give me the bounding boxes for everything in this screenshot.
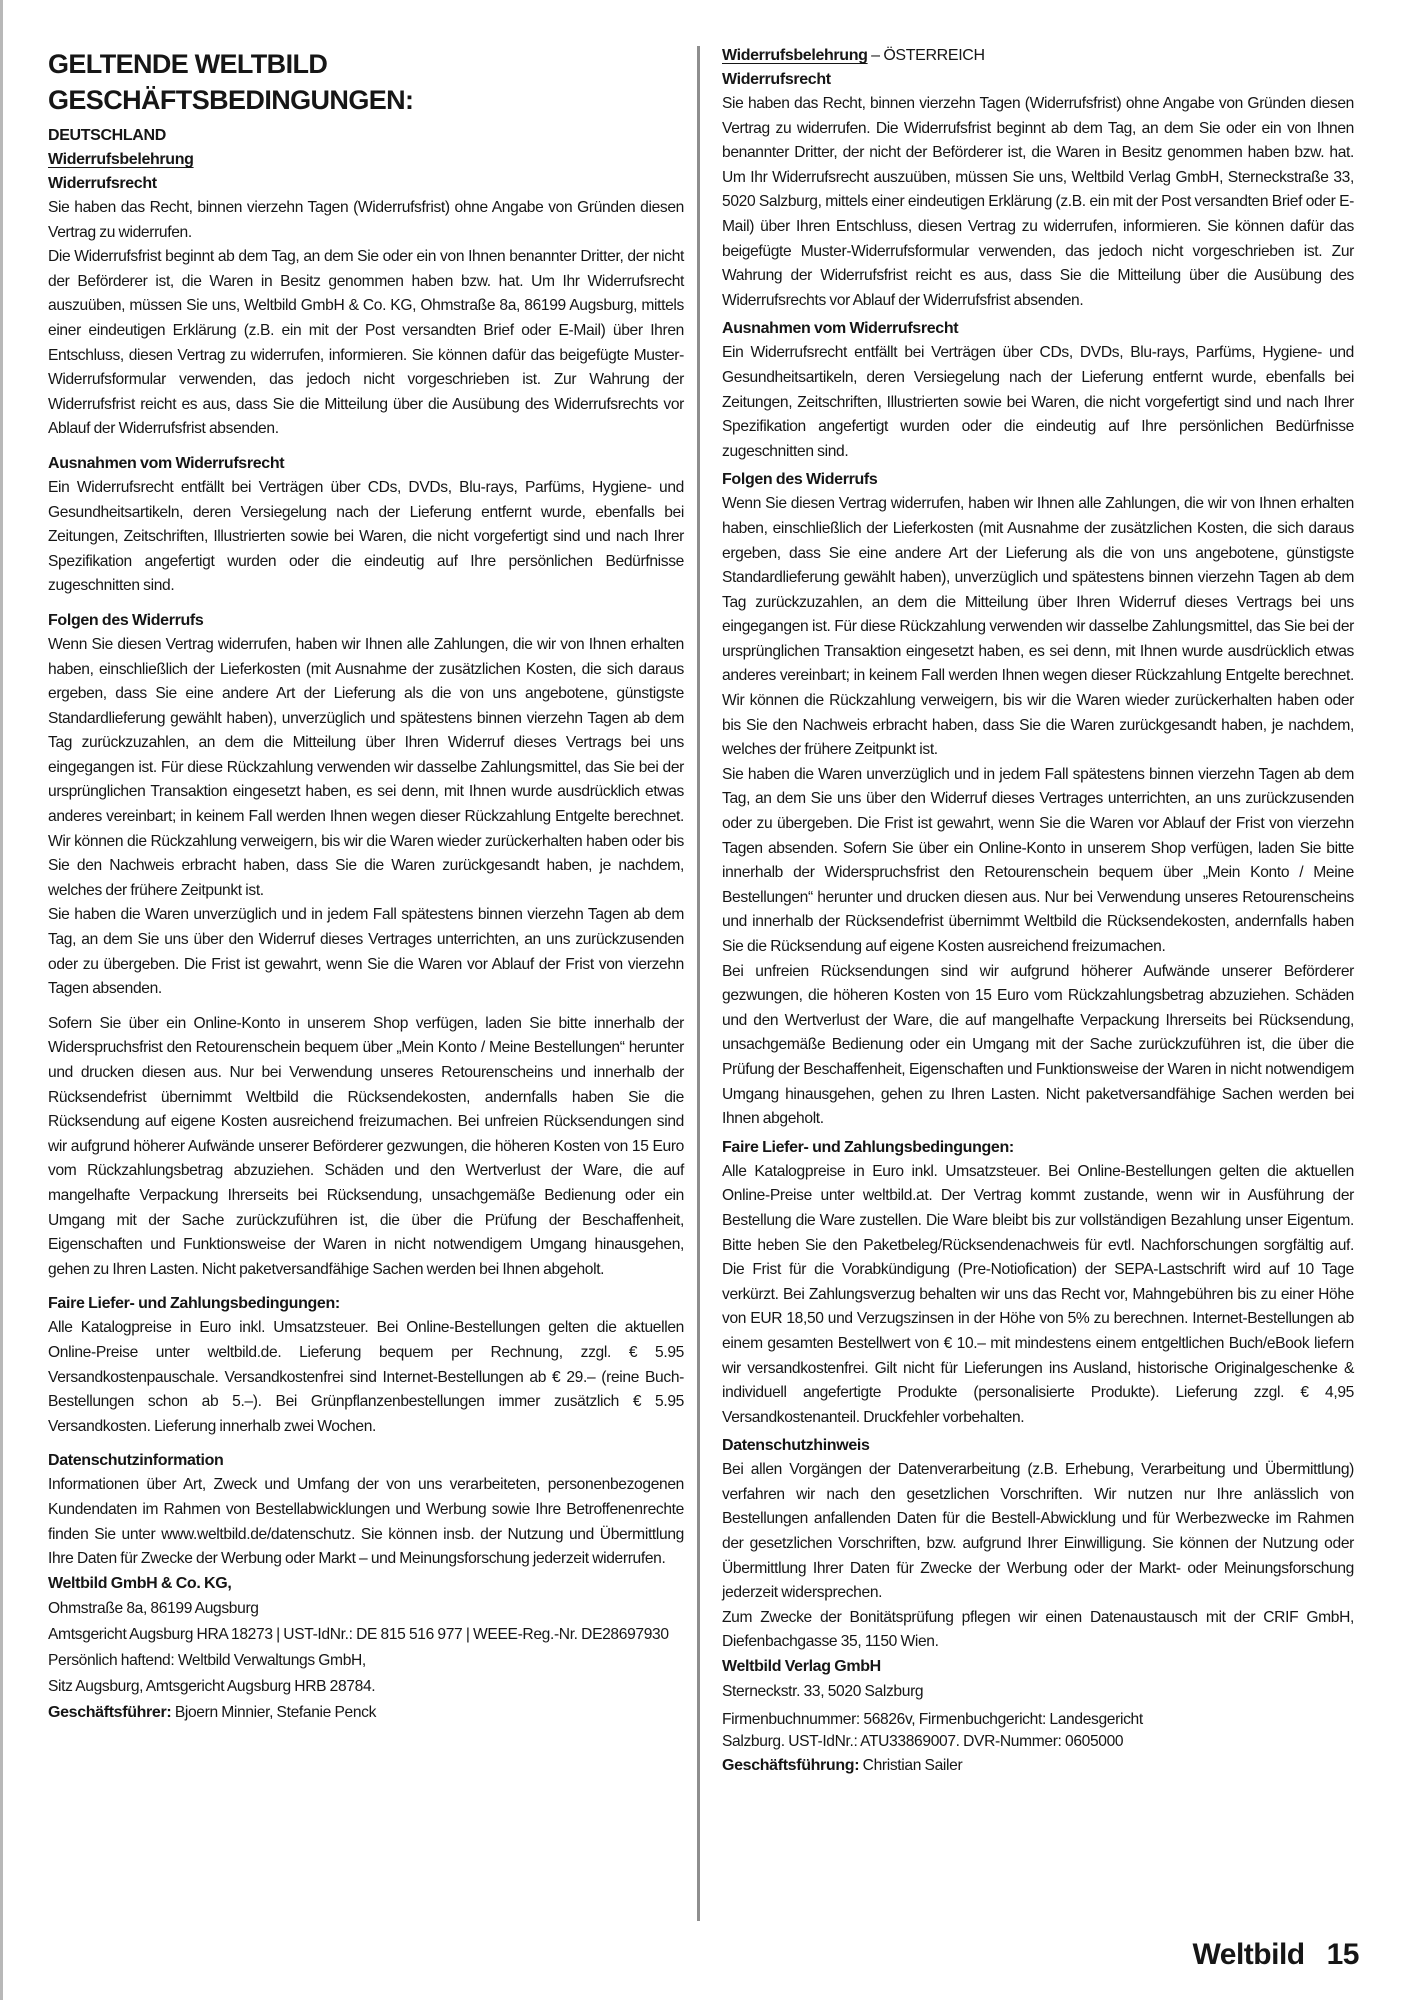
widerrufsrecht-heading: Widerrufsrecht [48,172,684,196]
page-left-edge [0,0,3,2000]
company-address: Sterneckstr. 33, 5020 Salzburg [722,1679,1354,1705]
lieferbedingungen-heading: Faire Liefer- und Zahlungsbedingungen: [722,1136,1354,1160]
management-label: Geschäftsführung: [722,1757,859,1774]
company-name: Weltbild Verlag GmbH [722,1655,1354,1679]
footer-brand: Weltbild [1193,1938,1305,1971]
folgen-heading: Folgen des Widerrufs [722,468,1354,492]
widerrufsbelehrung-heading: Widerrufsbelehrung [48,148,684,172]
datenschutz-paragraph: Informationen über Art, Zweck und Umfang… [48,1473,684,1571]
ausnahmen-paragraph: Ein Widerrufsrecht entfällt bei Verträge… [722,341,1354,464]
company-name: Weltbild GmbH & Co. KG, [48,1572,684,1596]
folgen-paragraph: Wenn Sie diesen Vertrag widerrufen, habe… [48,633,684,904]
column-divider [697,46,700,1921]
country-heading-germany: DEUTSCHLAND [48,124,684,148]
management-names: Christian Sailer [863,1757,963,1774]
folgen-paragraph: Sie haben die Waren unverzüglich und in … [722,763,1354,960]
widerrufsrecht-heading: Widerrufsrecht [722,68,1354,92]
lieferbedingungen-heading: Faire Liefer- und Zahlungsbedingungen: [48,1292,684,1316]
ausnahmen-heading: Ausnahmen vom Widerrufsrecht [722,317,1354,341]
bonitaet-paragraph: Zum Zwecke der Bonitätsprüfung pflegen w… [722,1606,1354,1655]
company-liable-partner: Persönlich haftend: Weltbild Verwaltungs… [48,1648,684,1674]
ruecksendung-paragraph: Sofern Sie über ein Online-Konto in unse… [48,1012,684,1283]
page-number: 15 [1327,1938,1359,1971]
folgen-paragraph: Bei unfreien Rücksendungen sind wir aufg… [722,960,1354,1132]
company-seat: Sitz Augsburg, Amtsgericht Augsburg HRB … [48,1674,684,1700]
page-footer: Weltbild15 [1193,1938,1359,1972]
page-title: GELTENDE WELTBILD GESCHÄFTSBEDINGUNGEN: [48,46,684,118]
folgen-heading: Folgen des Widerrufs [48,609,684,633]
management-label: Geschäftsführer: [48,1704,171,1721]
widerrufsrecht-paragraph: Sie haben das Recht, binnen vierzehn Tag… [48,196,684,245]
lieferbedingungen-paragraph: Alle Katalogpreise in Euro inkl. Umsatzs… [48,1316,684,1439]
column-germany: GELTENDE WELTBILD GESCHÄFTSBEDINGUNGEN: … [48,44,684,1726]
company-management: Geschäftsführer: Bjoern Minnier, Stefani… [48,1700,684,1726]
company-register-line-1: Firmenbuchnummer: 56826v, Firmenbuchgeri… [722,1709,1354,1731]
company-management: Geschäftsführung: Christian Sailer [722,1753,1354,1779]
folgen-paragraph: Sie haben die Waren unverzüglich und in … [48,903,684,1001]
widerrufsbelehrung-austria-heading: Widerrufsbelehrung – ÖSTERREICH [722,44,1354,68]
company-address: Ohmstraße 8a, 86199 Augsburg [48,1596,684,1622]
ausnahmen-paragraph: Ein Widerrufsrecht entfällt bei Verträge… [48,476,684,599]
datenschutz-heading: Datenschutzinformation [48,1449,684,1473]
widerrufsrecht-paragraph: Die Widerrufsfrist beginnt ab dem Tag, a… [48,245,684,442]
ausnahmen-heading: Ausnahmen vom Widerrufsrecht [48,452,684,476]
folgen-paragraph: Wenn Sie diesen Vertrag widerrufen, habe… [722,492,1354,763]
company-register: Amtsgericht Augsburg HRA 18273 | UST-IdN… [48,1622,684,1648]
column-austria: Widerrufsbelehrung – ÖSTERREICH Widerruf… [722,44,1354,1779]
datenschutz-paragraph: Bei allen Vorgängen der Datenverarbeitun… [722,1458,1354,1606]
austria-label: – ÖSTERREICH [868,47,985,64]
lieferbedingungen-paragraph: Alle Katalogpreise in Euro inkl. Umsatzs… [722,1160,1354,1431]
widerrufsbelehrung-label: Widerrufsbelehrung [722,47,868,64]
widerrufsrecht-paragraph: Sie haben das Recht, binnen vierzehn Tag… [722,92,1354,313]
datenschutz-heading: Datenschutzhinweis [722,1434,1354,1458]
company-register-line-2: Salzburg. UST-IdNr.: ATU33869007. DVR-Nu… [722,1731,1354,1753]
management-names: Bjoern Minnier, Stefanie Penck [175,1704,376,1721]
